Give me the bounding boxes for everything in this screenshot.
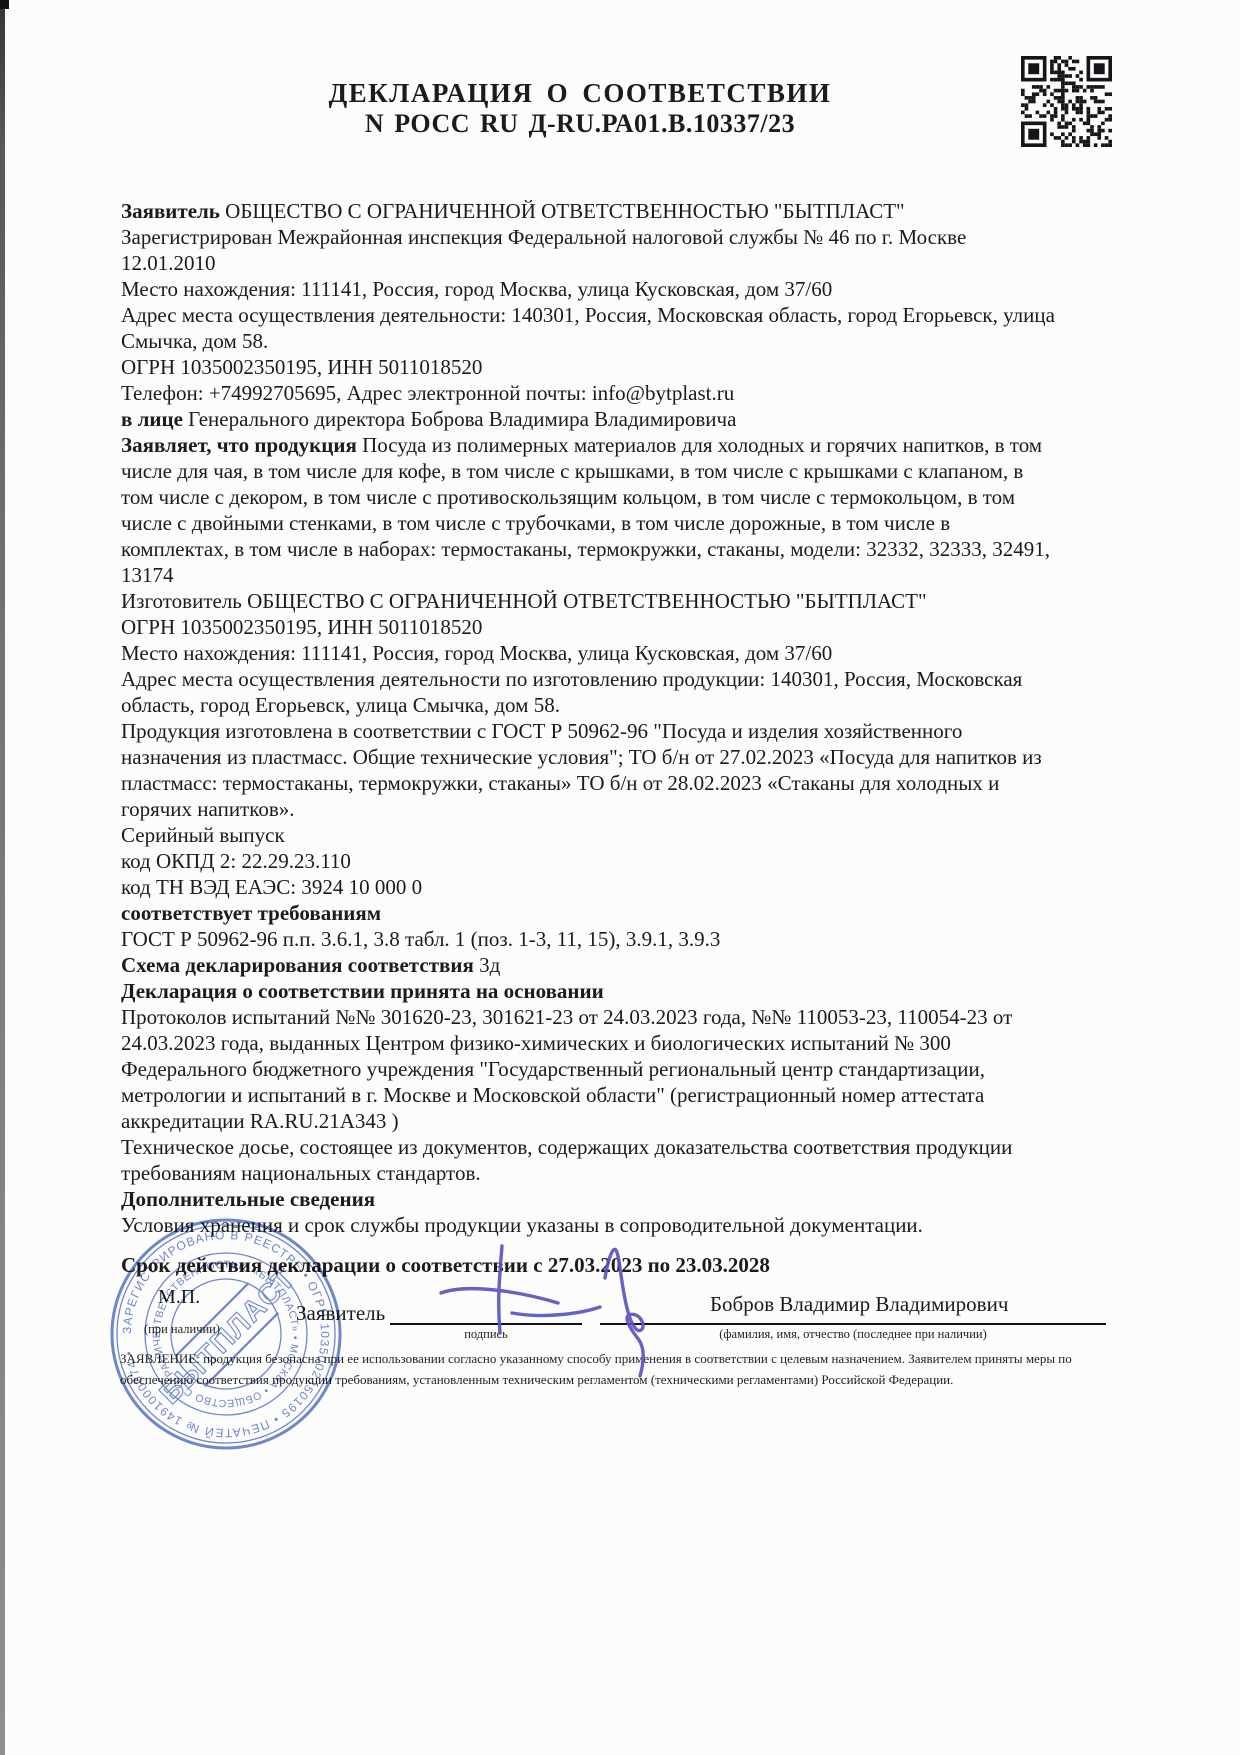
body-line: 12.01.2010 [121,250,1133,276]
corner-mark [0,0,9,9]
body-line: комплектах, в том числе в наборах: термо… [121,536,1133,562]
body-line: Изготовитель ОБЩЕСТВО С ОГРАНИЧЕННОЙ ОТВ… [121,588,1133,614]
signatory-name: Бобров Владимир Владимирович [710,1292,1008,1317]
body-line: числе с двойными стенками, в том числе с… [121,510,1133,536]
document-number: N РОСС RU Д-RU.РА01.В.10337/23 [120,109,1040,139]
body-line: Декларация о соответствии принята на осн… [121,978,1133,1004]
body-line: Федерального бюджетного учреждения "Госу… [121,1056,1133,1082]
body-line: Зарегистрирован Межрайонная инспекция Фе… [121,224,1133,250]
body-line: область, город Егорьевск, улица Смычка, … [121,692,1133,718]
body-line: Техническое досье, состоящее из документ… [121,1134,1133,1160]
body-line: метрологии и испытаний в г. Москве и Мос… [121,1082,1133,1108]
body-line: 13174 [121,562,1133,588]
signature-caption: подпись [390,1327,582,1342]
body-line: Смычка, дом 58. [121,328,1133,354]
body-line: код ОКПД 2: 22.29.23.110 [121,848,1133,874]
body-line: Адрес места осуществления деятельности: … [121,302,1133,328]
company-stamp: ЗАРЕГИСТРИРОВАНО В РЕЕСТРЕ • ОГРН 103500… [108,1216,344,1452]
signature-line [390,1323,582,1325]
qr-code [1021,56,1112,147]
body-line: числе для чая, в том числе для кофе, в т… [121,458,1133,484]
body-line: Схема декларирования соответствия 3д [121,952,1133,978]
body-line: аккредитации RA.RU.21А343 ) [121,1108,1133,1134]
body-line: том числе с декором, в том числе с проти… [121,484,1133,510]
body-line: назначения из пластмасс. Общие техническ… [121,744,1133,770]
document-body: Заявитель ОБЩЕСТВО С ОГРАНИЧЕННОЙ ОТВЕТС… [121,198,1133,1278]
body-line: Протоколов испытаний №№ 301620-23, 30162… [121,1004,1133,1030]
body-line: Адрес места осуществления деятельности п… [121,666,1133,692]
body-line: ГОСТ Р 50962-96 п.п. 3.6.1, 3.8 табл. 1 … [121,926,1133,952]
body-line: горячих напитков». [121,796,1133,822]
body-line: требованиям национальных стандартов. [121,1160,1133,1186]
body-line: Место нахождения: 111141, Россия, город … [121,276,1133,302]
body-line: Место нахождения: 111141, Россия, город … [121,640,1133,666]
body-line: ОГРН 1035002350195, ИНН 5011018520 [121,614,1133,640]
name-caption: (фамилия, имя, отчество (последнее при н… [600,1327,1106,1342]
body-line: Заявитель ОБЩЕСТВО С ОГРАНИЧЕННОЙ ОТВЕТС… [121,198,1133,224]
document-page: ДЕКЛАРАЦИЯ О СООТВЕТСТВИИ N РОСС RU Д-RU… [0,0,1240,1755]
body-line: Заявляет, что продукция Посуда из полиме… [121,432,1133,458]
body-line: Продукция изготовлена в соответствии с Г… [121,718,1133,744]
body-line: код ТН ВЭД ЕАЭС: 3924 10 000 0 [121,874,1133,900]
body-line: соответствует требованиям [121,900,1133,926]
body-line: пластмасс: термостаканы, термокружки, ст… [121,770,1133,796]
body-line: Телефон: +74992705695, Адрес электронной… [121,380,1133,406]
document-title: ДЕКЛАРАЦИЯ О СООТВЕТСТВИИ [120,78,1040,109]
body-line: Дополнительные сведения [121,1186,1133,1212]
body-line: 24.03.2023 года, выданных Центром физико… [121,1030,1133,1056]
body-line: ОГРН 1035002350195, ИНН 5011018520 [121,354,1133,380]
name-line [600,1323,1106,1325]
document-header: ДЕКЛАРАЦИЯ О СООТВЕТСТВИИ N РОСС RU Д-RU… [120,78,1040,139]
body-line: в лице Генерального директора Боброва Вл… [121,406,1133,432]
scan-edge-artifact [0,0,5,1755]
body-line: Серийный выпуск [121,822,1133,848]
